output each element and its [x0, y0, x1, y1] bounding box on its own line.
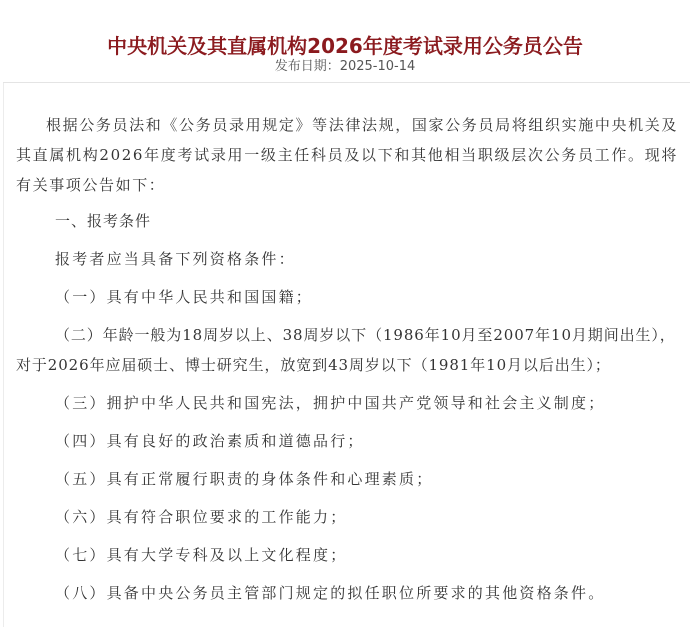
section-lead: 报考者应当具备下列资格条件：	[16, 244, 678, 274]
condition-item-8: （八）具备中央公务员主管部门规定的拟任职位所要求的其他资格条件。	[16, 578, 678, 608]
condition-item-4: （四）具有良好的政治素质和道德品行；	[16, 426, 678, 456]
condition-item-3: （三）拥护中华人民共和国宪法，拥护中国共产党领导和社会主义制度；	[16, 388, 678, 418]
article-body: 根据公务员法和《公务员录用规定》等法律法规，国家公务员局将组织实施中央机关及其直…	[16, 110, 678, 608]
publish-date: 发布日期：2025-10-14	[0, 57, 690, 77]
section-heading-eligibility: 一、报考条件	[16, 206, 678, 236]
intro-paragraph: 根据公务员法和《公务员录用规定》等法律法规，国家公务员局将组织实施中央机关及其直…	[16, 110, 678, 200]
left-border	[3, 82, 4, 627]
condition-item-1: （一）具有中华人民共和国国籍；	[16, 282, 678, 312]
condition-item-5: （五）具有正常履行职责的身体条件和心理素质；	[16, 464, 678, 494]
condition-item-7: （七）具有大学专科及以上文化程度；	[16, 540, 678, 570]
header-divider	[3, 82, 690, 83]
condition-item-6: （六）具有符合职位要求的工作能力；	[16, 502, 678, 532]
publish-date-label: 发布日期：	[275, 59, 340, 74]
publish-date-value: 2025-10-14	[340, 59, 416, 74]
condition-item-2: （二）年龄一般为18周岁以上、38周岁以下（1986年10月至2007年10月期…	[16, 320, 678, 380]
